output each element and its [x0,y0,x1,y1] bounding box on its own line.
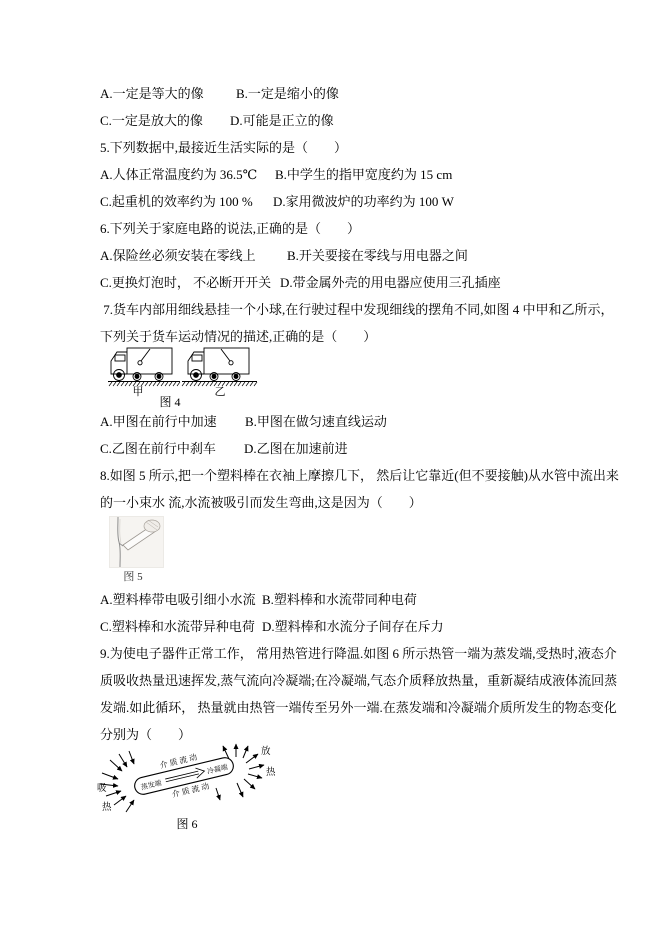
absorb-heat-label-2: 热 [102,801,112,813]
option-row: A.甲图在前行中加速 B.甲图在做匀速直线运动 [100,408,600,435]
option-a: A.人体正常温度约为 36.5℃ [100,168,275,181]
option-d: D.家用微波炉的功率约为 100 W [273,195,600,208]
question-6-stem: 6.下列关于家庭电路的说法,正确的是（ ） [100,215,600,242]
question-8-stem-line1: 8.如图 5 所示,把一个塑料棒在衣袖上摩擦几下， 然后让它靠近(但不要接触)从… [100,462,600,489]
question-5-stem: 5.下列数据中,最接近生活实际的是（ ） [100,134,600,161]
option-b: B.塑料棒和水流带同种电荷 [262,593,600,606]
option-a: A.保险丝必须安装在零线上 [100,249,287,262]
rod-water-photo [110,517,163,567]
figure-4-caption: 图 4 [140,396,200,408]
option-c: C.一定是放大的像 [100,114,230,127]
option-row: C.乙图在前行中刹车 D.乙图在加速前进 [100,435,600,462]
figure-5: 图 5 [100,516,600,586]
rod-water-sketch [110,517,163,567]
option-c: C.乙图在前行中刹车 [100,442,244,455]
trucks-illustration: 甲 乙 [108,345,268,397]
option-a: A.塑料棒带电吸引细小水流 [100,593,262,606]
release-heat-label-1: 放 [261,745,271,757]
option-a: A.一定是等大的像 [100,87,236,100]
release-heat-label-2: 热 [266,766,276,778]
option-row: C.塑料棒和水流带异种电荷 D.塑料棒和水流分子间存在斥力 [100,613,600,640]
question-9-stem-line3: 发端.如此循环， 热量就由热管一端传至另外一端.在蒸发端和冷凝端介质所发生的物态… [100,694,600,721]
figure-5-caption: 图 5 [110,572,156,583]
option-c: C.更换灯泡时， 不必断开开关 [100,276,280,289]
option-b: B.一定是缩小的像 [236,87,600,100]
option-row: A.塑料棒带电吸引细小水流 B.塑料棒和水流带同种电荷 [100,586,600,613]
heat-pipe-diagram: 蒸发端 冷凝端 介质流动 介质流动 吸 热 放 热 [95,742,280,816]
option-row: A.保险丝必须安装在零线上 B.开关要接在零线与用电器之间 [100,242,600,269]
exam-page: A.一定是等大的像 B.一定是缩小的像 C.一定是放大的像 D.可能是正立的像 … [0,0,600,836]
question-9-stem-line1: 9.为使电子器件正常工作， 常用热管进行降温.如图 6 所示热管一端为蒸发端,受… [100,640,600,667]
option-c: C.起重机的效率约为 100 % [100,195,273,208]
figure-6: 蒸发端 冷凝端 介质流动 介质流动 吸 热 放 热 图 6 [100,748,600,836]
option-a: A.甲图在前行中加速 [100,415,245,428]
option-d: D.可能是正立的像 [230,114,600,127]
figure-6-caption: 图 6 [152,818,222,830]
option-c: C.塑料棒和水流带异种电荷 [100,620,262,633]
option-b: B.甲图在做匀速直线运动 [245,415,600,428]
option-row: A.一定是等大的像 B.一定是缩小的像 [100,80,600,107]
question-7-stem-line1: 7.货车内部用细线悬挂一个小球,在行驶过程中发现细线的摆角不同,如图 4 中甲和… [100,296,600,323]
option-row: C.更换灯泡时， 不必断开开关 D.带金属外壳的用电器应使用三孔插座 [100,269,600,296]
truck-yi-label: 乙 [215,385,226,397]
option-row: A.人体正常温度约为 36.5℃ B.中学生的指甲宽度约为 15 cm [100,161,600,188]
option-row: C.一定是放大的像 D.可能是正立的像 [100,107,600,134]
question-8-stem-line2: 的一小束水 流,水流被吸引而发生弯曲,这是因为（ ） [100,489,600,516]
question-9-stem-line2: 质吸收热量迅速挥发,蒸气流向冷凝端;在冷凝端,气态介质释放热量，重新凝结成液体流… [100,667,600,694]
figure-4: 甲 乙 图 4 [100,350,600,408]
option-d: D.带金属外壳的用电器应使用三孔插座 [280,276,600,289]
option-row: C.起重机的效率约为 100 % D.家用微波炉的功率约为 100 W [100,188,600,215]
option-d: D.乙图在加速前进 [244,442,600,455]
option-b: B.中学生的指甲宽度约为 15 cm [275,168,600,181]
option-b: B.开关要接在零线与用电器之间 [287,249,600,262]
absorb-heat-label-1: 吸 [97,783,107,794]
option-d: D.塑料棒和水流分子间存在斥力 [262,620,600,633]
